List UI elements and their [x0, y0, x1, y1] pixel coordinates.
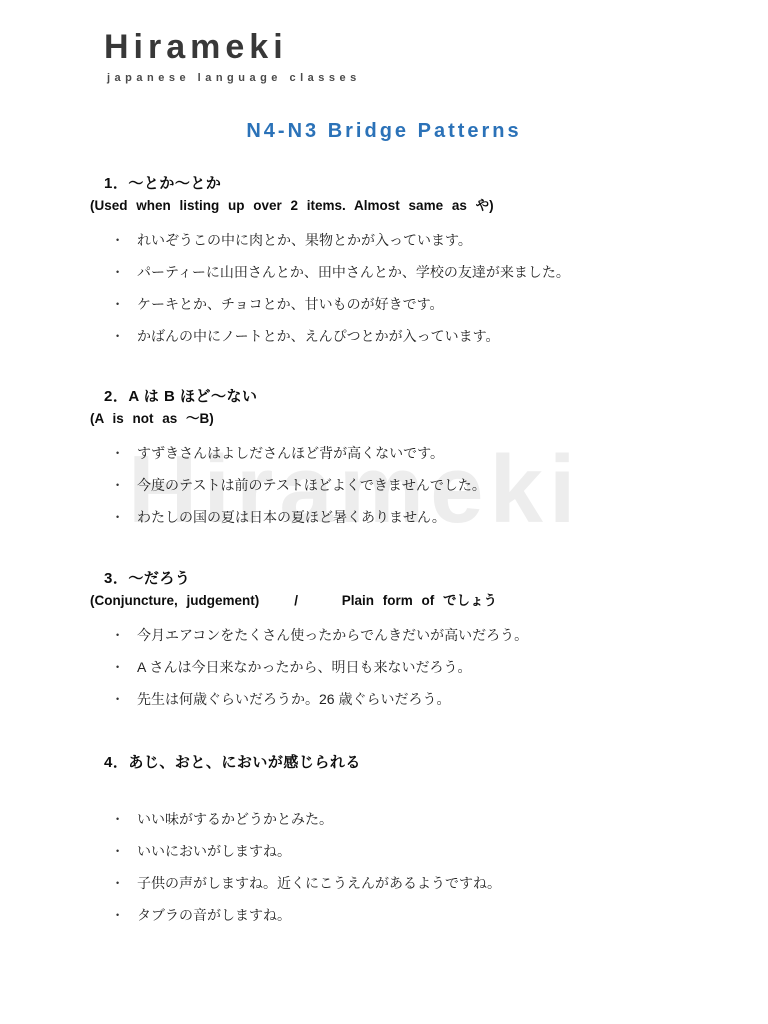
section-1-number: 1．	[104, 175, 128, 192]
section-1-title: ～とか～とか	[128, 175, 221, 192]
section-1-examples: •れいぞうこの中に肉とか、果物とかが入っています。 •パーティーに山田さんとか、…	[0, 231, 768, 359]
bullet-icon: •	[116, 658, 137, 677]
section-2-heading: 2．A は B ほど～ない	[104, 386, 768, 407]
section-3-examples: •今月エアコンをたくさん使ったからでんきだいが高いだろう。 •A さんは今日来な…	[0, 626, 768, 722]
section-1-subtitle: (Used when listing up over 2 items. Almo…	[90, 197, 768, 215]
section-1: 1．～とか～とか (Used when listing up over 2 it…	[0, 173, 768, 359]
example-item: •今月エアコンをたくさん使ったからでんきだいが高いだろう。	[116, 626, 748, 658]
bullet-icon: •	[116, 874, 137, 893]
example-item: •ケーキとか、チョコとか、甘いものが好きです。	[116, 295, 748, 327]
page-content: Hirameki Japanese Language Classes N4-N3…	[0, 0, 768, 938]
bullet-icon: •	[116, 690, 137, 709]
bullet-icon: •	[116, 476, 137, 495]
bullet-icon: •	[116, 295, 137, 314]
section-4-number: 4．	[104, 754, 128, 771]
example-text: パーティーに山田さんとか、田中さんとか、学校の友達が来ました。	[137, 263, 748, 282]
example-item: •A さんは今日来なかったから、明日も来ないだろう。	[116, 658, 748, 690]
example-item: •れいぞうこの中に肉とか、果物とかが入っています。	[116, 231, 748, 263]
example-item: •わたしの国の夏は日本の夏ほど暑くありません。	[116, 508, 748, 540]
example-text: れいぞうこの中に肉とか、果物とかが入っています。	[137, 231, 748, 250]
bullet-icon: •	[116, 906, 137, 925]
section-2-subtitle: (A is not as ～B)	[90, 410, 768, 428]
section-3-title: ～だろう	[128, 570, 190, 587]
section-2-number: 2．	[104, 388, 128, 405]
bullet-icon: •	[116, 231, 137, 250]
example-item: •かばんの中にノートとか、えんぴつとかが入っています。	[116, 327, 748, 359]
example-text: 先生は何歳ぐらいだろうか。26 歳ぐらいだろう。	[137, 690, 748, 709]
section-2-title: A は B ほど～ない	[128, 388, 257, 405]
bullet-icon: •	[116, 810, 137, 829]
section-2-examples: •すずきさんはよしださんほど背が高くないです。 •今度のテストは前のテストほどよ…	[0, 444, 768, 540]
example-text: いいにおいがしますね。	[137, 842, 748, 861]
bullet-icon: •	[116, 327, 137, 346]
bullet-icon: •	[116, 626, 137, 645]
example-item: •子供の声がしますね。近くにこうえんがあるようですね。	[116, 874, 748, 906]
section-3: 3．～だろう (Conjuncture, judgement) / Plain …	[0, 568, 768, 722]
example-text: タブラの音がしますね。	[137, 906, 748, 925]
section-2: 2．A は B ほど～ない (A is not as ～B) •すずきさんはよし…	[0, 386, 768, 540]
bullet-icon: •	[116, 263, 137, 282]
example-item: •今度のテストは前のテストほどよくできませんでした。	[116, 476, 748, 508]
example-text: 今月エアコンをたくさん使ったからでんきだいが高いだろう。	[137, 626, 748, 645]
example-item: •タブラの音がしますね。	[116, 906, 748, 938]
logo: Hirameki Japanese Language Classes	[0, 0, 768, 85]
bullet-icon: •	[116, 842, 137, 861]
logo-brand: Hirameki	[104, 27, 768, 68]
section-3-subtitle: (Conjuncture, judgement) / Plain form of…	[90, 592, 768, 610]
section-3-number: 3．	[104, 570, 128, 587]
example-item: •いいにおいがしますね。	[116, 842, 748, 874]
example-text: 今度のテストは前のテストほどよくできませんでした。	[137, 476, 748, 495]
bullet-icon: •	[116, 508, 137, 527]
example-item: •いい味がするかどうかとみた。	[116, 810, 748, 842]
logo-tagline: Japanese Language Classes	[107, 71, 768, 85]
bullet-icon: •	[116, 444, 137, 463]
example-text: すずきさんはよしださんほど背が高くないです。	[137, 444, 748, 463]
page-title: N4-N3 Bridge Patterns	[0, 119, 768, 143]
example-text: 子供の声がしますね。近くにこうえんがあるようですね。	[137, 874, 748, 893]
document-page: Hirameki Hirameki Japanese Language Clas…	[0, 0, 768, 1024]
section-1-heading: 1．～とか～とか	[104, 173, 768, 194]
section-4-examples: •いい味がするかどうかとみた。 •いいにおいがしますね。 •子供の声がしますね。…	[0, 810, 768, 938]
example-text: かばんの中にノートとか、えんぴつとかが入っています。	[137, 327, 748, 346]
example-text: ケーキとか、チョコとか、甘いものが好きです。	[137, 295, 748, 314]
section-4: 4．あじ、おと、においが感じられる •いい味がするかどうかとみた。 •いいにおい…	[0, 752, 768, 938]
section-4-heading: 4．あじ、おと、においが感じられる	[104, 752, 768, 773]
example-item: •パーティーに山田さんとか、田中さんとか、学校の友達が来ました。	[116, 263, 748, 295]
example-item: •先生は何歳ぐらいだろうか。26 歳ぐらいだろう。	[116, 690, 748, 722]
example-text: わたしの国の夏は日本の夏ほど暑くありません。	[137, 508, 748, 527]
section-3-heading: 3．～だろう	[104, 568, 768, 589]
example-text: いい味がするかどうかとみた。	[137, 810, 748, 829]
section-4-title: あじ、おと、においが感じられる	[128, 754, 361, 771]
example-item: •すずきさんはよしださんほど背が高くないです。	[116, 444, 748, 476]
example-text: A さんは今日来なかったから、明日も来ないだろう。	[137, 658, 748, 677]
